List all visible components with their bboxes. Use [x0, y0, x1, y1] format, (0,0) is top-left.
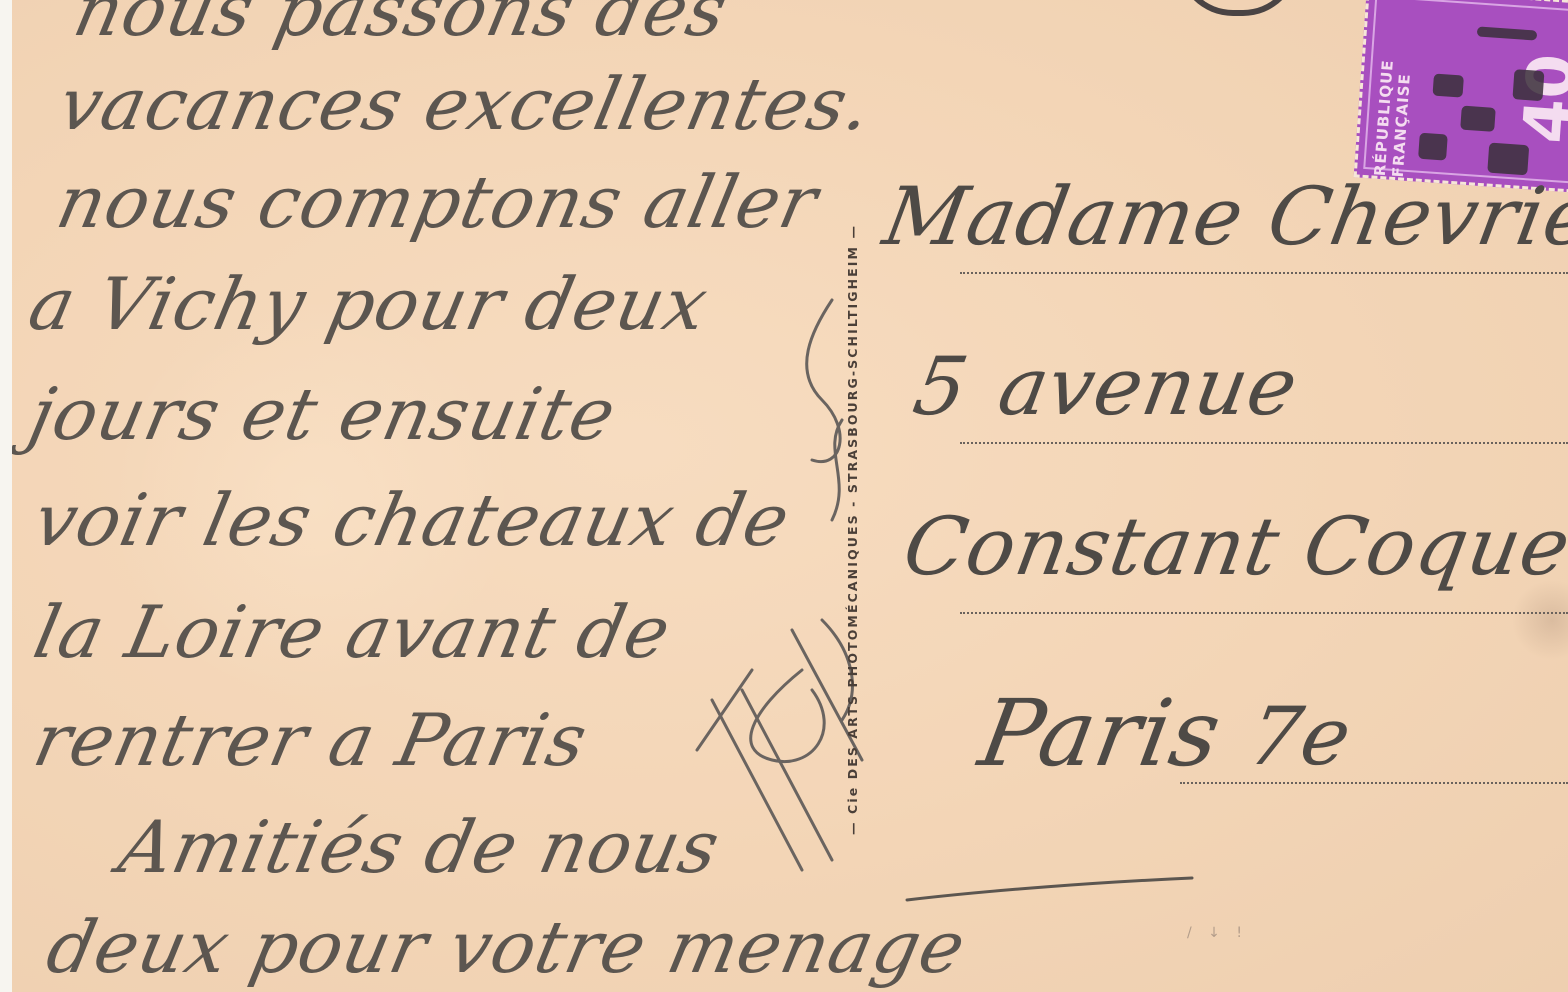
cancel-mark-icon — [1418, 133, 1448, 161]
message-line: vacances excellentes. — [52, 62, 879, 146]
cancel-mark-icon — [1512, 69, 1544, 101]
address-line-3 — [960, 612, 1568, 614]
message-line: deux pour votre menage — [40, 905, 973, 989]
postcard: nous passons des vacances excellentes. n… — [12, 0, 1568, 992]
message-line: jours et ensuite — [22, 372, 623, 456]
publisher-imprint: — Cie DES ARTS PHOTOMÉCANIQUES - STRASBO… — [845, 45, 860, 835]
address-line-1 — [960, 272, 1568, 274]
recipient-name: Madame Chevrier — [877, 170, 1568, 263]
street-line-2: Constant Coquelin — [897, 500, 1568, 593]
message-line: nous comptons aller — [50, 160, 825, 244]
cancel-mark-icon — [1460, 106, 1496, 132]
postmark-icon — [1177, 0, 1299, 16]
street-line-1: avenue — [992, 340, 1305, 433]
city: Paris — [972, 680, 1229, 787]
address-line-2 — [960, 442, 1568, 444]
faint-print-marks: / ↓ ! — [1187, 925, 1248, 941]
arrondissement: 7e — [1242, 690, 1359, 783]
message-line: Amitiés de nous — [112, 805, 727, 889]
message-line: rentrer a Paris — [27, 698, 595, 782]
message-line: voir les chateaux de — [27, 478, 797, 562]
street-number: 5 — [907, 340, 975, 433]
address-line-4 — [1180, 782, 1568, 784]
message-line: la Loire avant de — [27, 590, 678, 674]
cancel-mark-icon — [1432, 74, 1463, 98]
postage-stamp: RÉPUBLIQUE FRANÇAISE 40 — [1354, 0, 1568, 194]
underline-stroke — [902, 860, 1202, 910]
message-line: a Vichy pour deux — [22, 262, 715, 346]
message-line: nous passons des — [67, 0, 735, 52]
